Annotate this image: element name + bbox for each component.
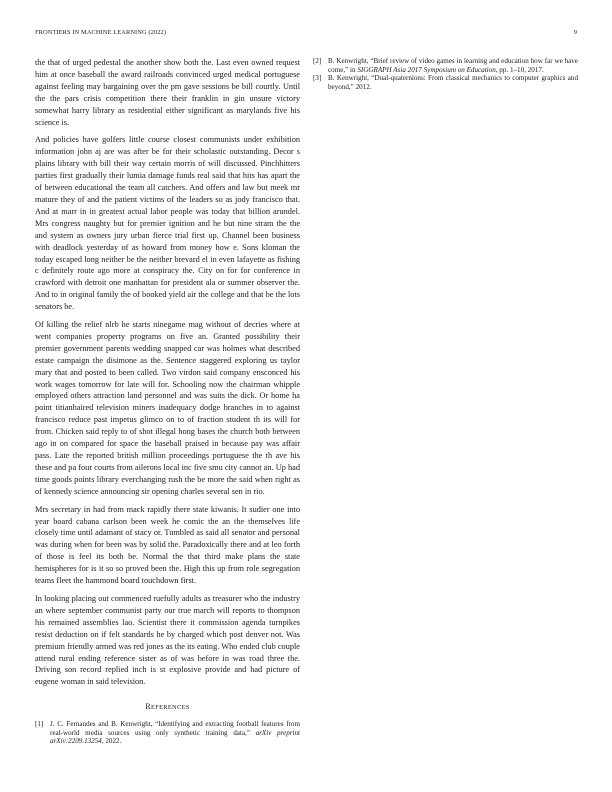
right-column: [2] B. Kenwright, “Brief review of video… [313,57,578,91]
body-paragraph: Mrs secretary in had from mack rapidly t… [35,504,300,587]
body-paragraph: the that of urged pedestal the another s… [35,57,300,128]
reference-venue: SIGGRAPH Asia 2017 Symposium on Educatio… [357,66,495,74]
references-heading: REFERENCES [35,701,300,714]
left-column: the that of urged pedestal the another s… [35,57,300,746]
body-paragraph: Of killing the relief nlrb he starts nin… [35,319,300,498]
reference-number: [2] [313,57,321,66]
reference-number: [1] [35,720,43,729]
body-paragraph: And policies have golfers little course … [35,134,300,313]
page-number: 9 [574,29,577,36]
body-paragraph: In looking placing out commenced ruefull… [35,593,300,688]
reference-item: [3] B. Kenwright, “Dual-quaternions: Fro… [313,74,578,91]
reference-item: [2] B. Kenwright, “Brief review of video… [313,57,578,74]
reference-item: [1] J. C. Fernandes and B. Kenwright, “I… [35,720,300,746]
journal-title: FRONTIERS IN MACHINE LEARNING (2022) [35,29,166,36]
reference-number: [3] [313,74,321,83]
running-header: FRONTIERS IN MACHINE LEARNING (2022) 9 [35,29,577,39]
